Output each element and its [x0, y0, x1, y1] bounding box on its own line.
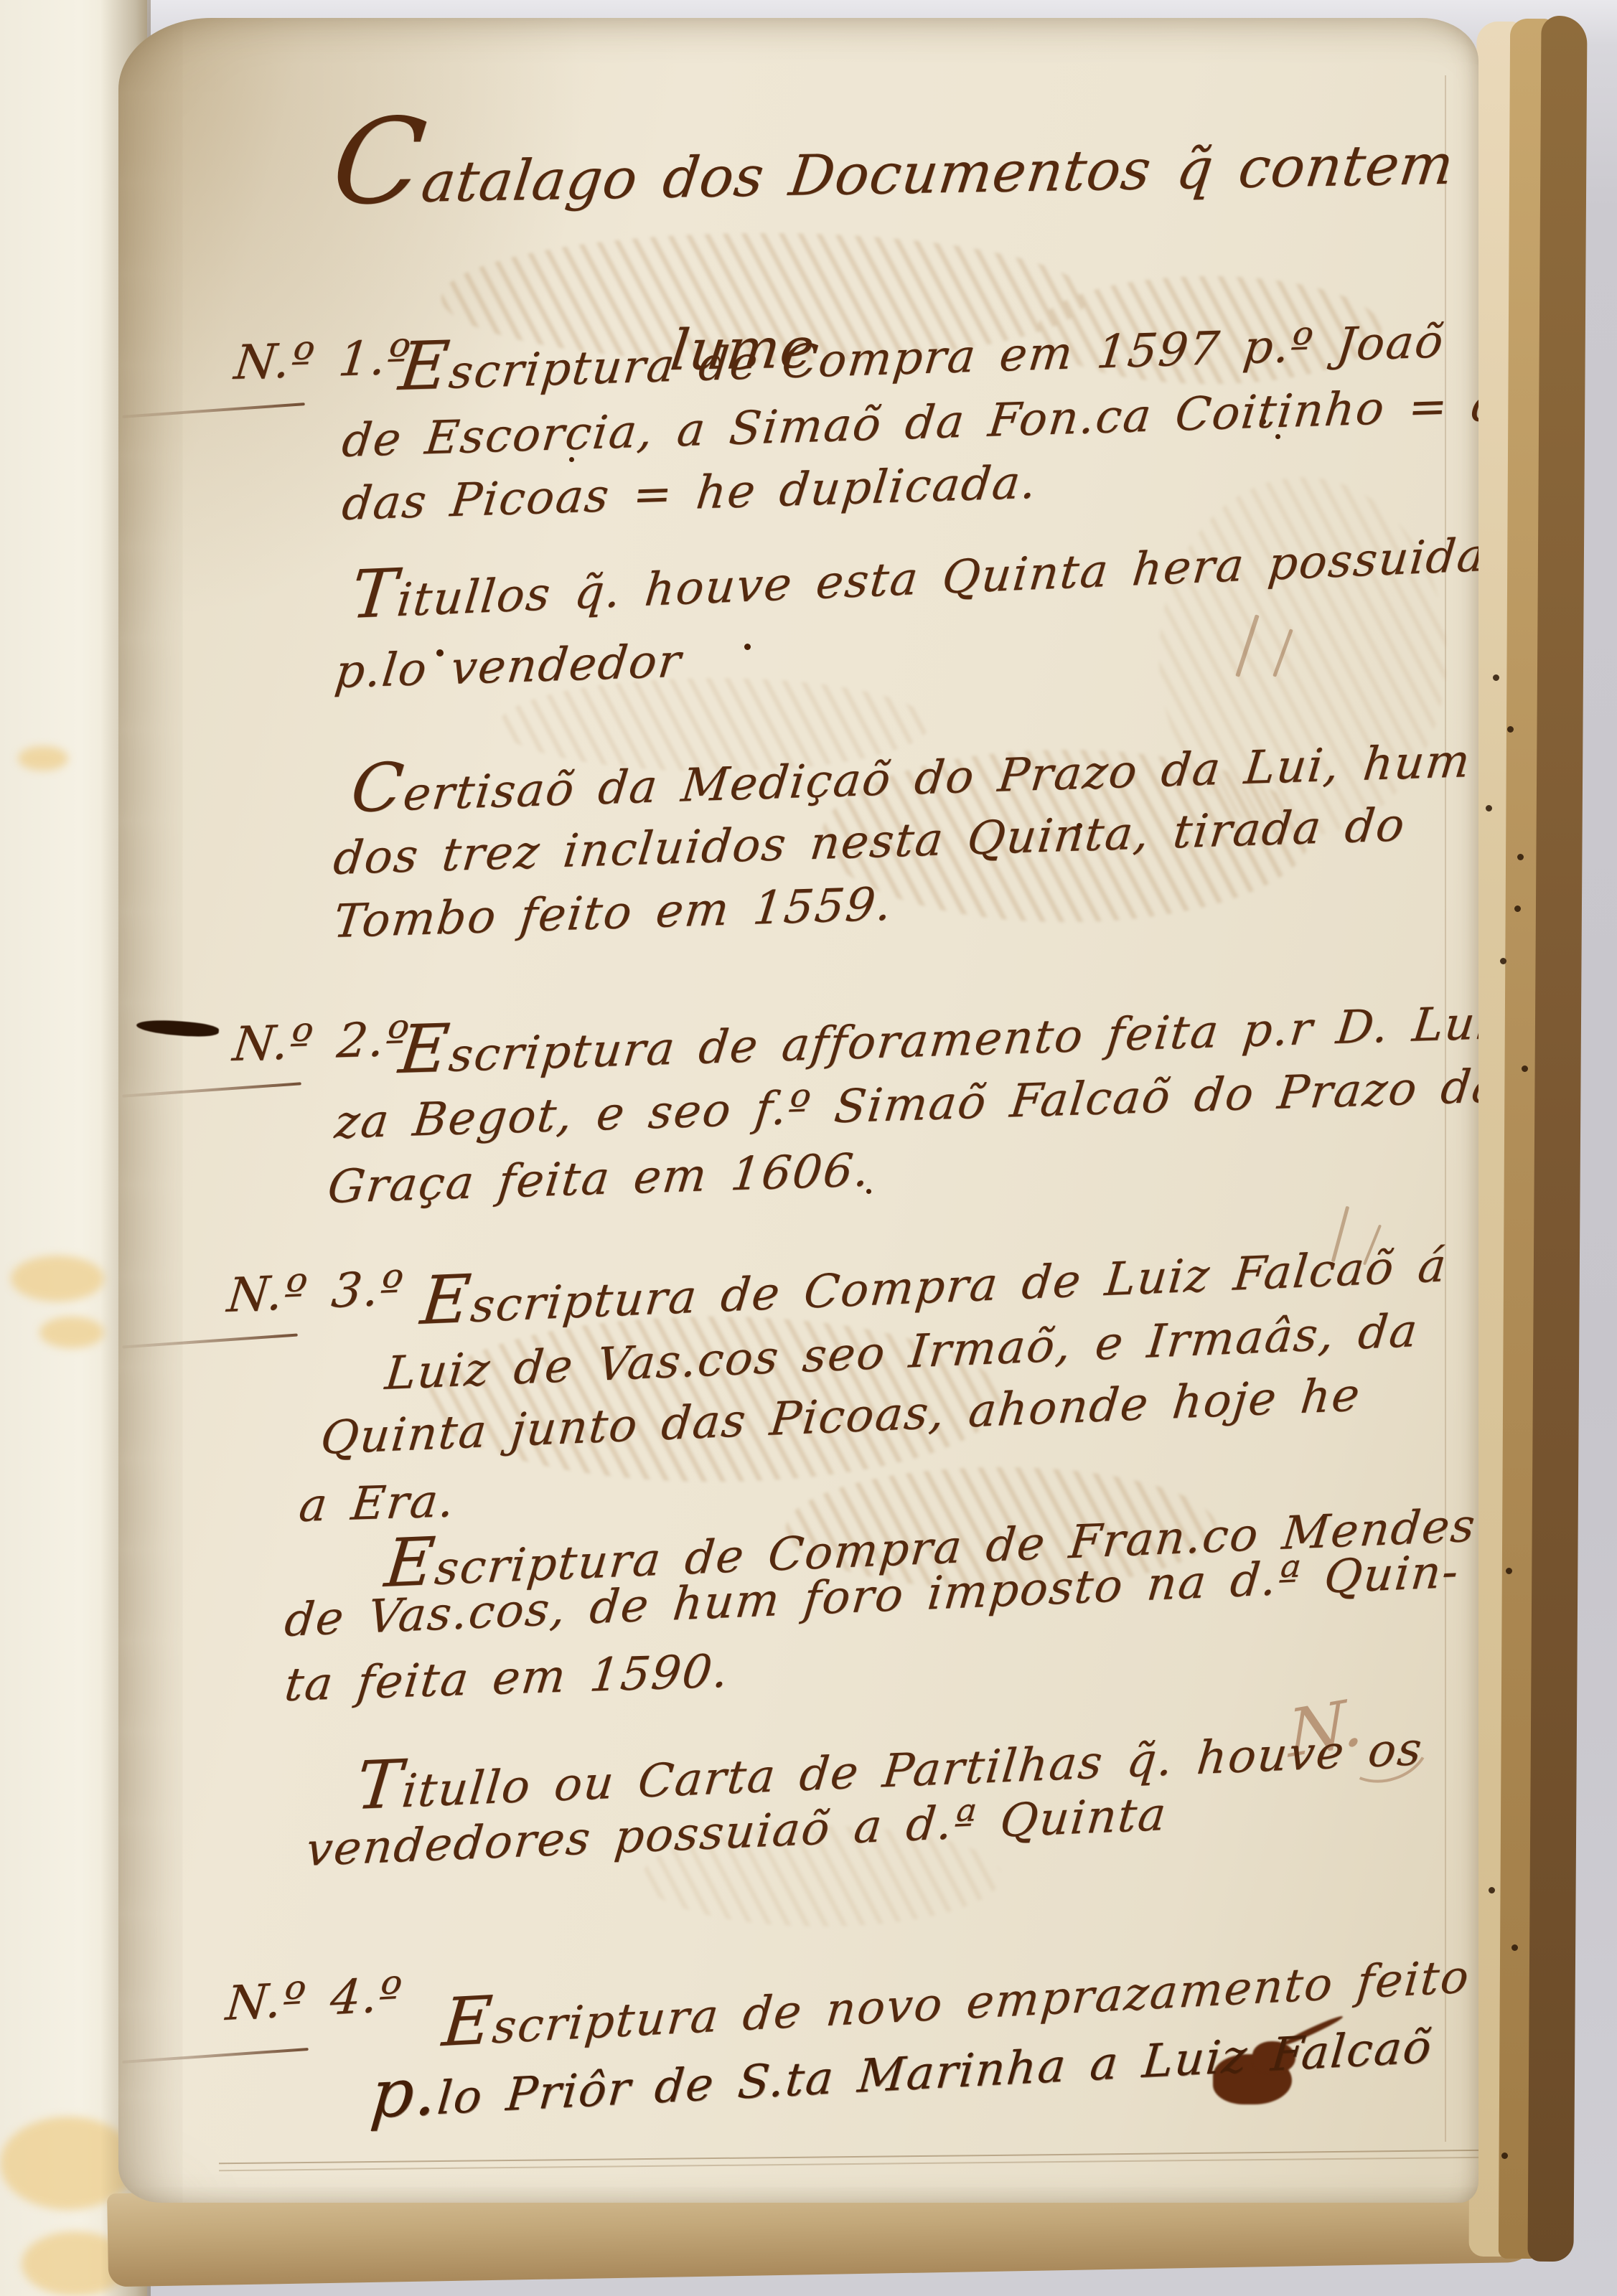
entry-lead-flourish [122, 1082, 301, 1097]
manuscript-page: N. Catalago dos Documentos q̃ contem est… [118, 18, 1478, 2203]
paper-stain [11, 1256, 104, 1302]
paper-crack [136, 1017, 219, 1039]
entry-lead-flourish [122, 1333, 298, 1348]
entry-number: N.º 4.º [224, 1971, 405, 2028]
page-title-line: Catalago dos Documentos q̃ contem este V… [327, 80, 1478, 222]
entry-number: N.º 3.º [225, 1265, 406, 1319]
paper-stain [18, 746, 68, 771]
manuscript-line: Graça feita em 1606. [326, 1147, 873, 1210]
ink-dot [744, 644, 751, 650]
manuscript-line: p.lo vendedor [333, 639, 685, 695]
manuscript-line: a Era. [297, 1478, 458, 1529]
wormholes [1493, 674, 1499, 681]
paper-stain [39, 1317, 104, 1348]
manuscript-line: ta feita em 1590. [283, 1649, 732, 1708]
bottom-crease-line [219, 2150, 1478, 2172]
entry-lead-flourish [122, 2048, 309, 2064]
manuscript-line: Tombo feito em 1559. [332, 882, 896, 945]
manuscript-photo: N. Catalago dos Documentos q̃ contem est… [0, 0, 1617, 2296]
entry-number: N.º 2.º [230, 1015, 412, 1068]
entry-number: N.º 1.º [232, 334, 413, 387]
